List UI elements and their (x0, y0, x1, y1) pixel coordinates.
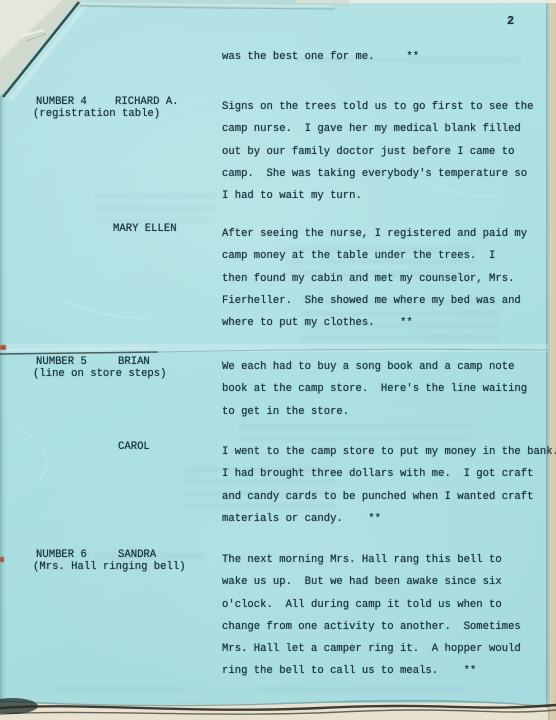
script-line: out by our family doctor just before I c… (222, 141, 534, 163)
stage-direction: (Mrs. Hall ringing bell) (33, 561, 186, 573)
showthrough-smudge (240, 425, 470, 439)
speaker-name: CAROL (118, 441, 150, 453)
showthrough-smudge (255, 688, 465, 699)
script-line: ring the bell to call us to meals. ** (222, 660, 521, 682)
dialog-text: The next morning Mrs. Hall rang this bel… (222, 549, 521, 683)
script-line: camp money at the table under the trees.… (222, 245, 527, 267)
edge-stain (0, 345, 6, 350)
script-line: was the best one for me. ** (222, 46, 419, 68)
dialog-text: After seeing the nurse, I registered and… (222, 223, 527, 334)
script-line: wake us up. But we had been awake since … (222, 571, 521, 593)
backing-page-edge (548, 0, 556, 720)
top-crease-shade (60, 0, 350, 7)
script-line: I had to wait my turn. (222, 185, 534, 207)
script-line: camp. She was taking everybody's tempera… (222, 163, 534, 185)
scene-number-label: NUMBER 4 (36, 96, 87, 108)
speaker-name: MARY ELLEN (113, 223, 177, 235)
script-line: materials or candy. ** (222, 508, 556, 530)
script-line: After seeing the nurse, I registered and… (222, 223, 527, 245)
speaker-name: RICHARD A. (115, 96, 179, 108)
showthrough-smudge (95, 195, 215, 221)
script-line: o'clock. All during camp it told us when… (222, 594, 521, 616)
script-line: I went to the camp store to put my money… (222, 441, 556, 463)
script-line: book at the camp store. Here's the line … (222, 378, 527, 400)
showthrough-smudge (55, 688, 185, 699)
stage-direction: (line on store steps) (33, 368, 167, 380)
script-line: where to put my clothes. ** (222, 312, 527, 334)
script-line: Signs on the trees told us to go first t… (222, 96, 534, 118)
script-line: then found my cabin and met my counselor… (222, 268, 527, 290)
continuation-line-wrap: was the best one for me. ** (222, 46, 419, 68)
script-line: camp nurse. I gave her my medical blank … (222, 118, 534, 140)
dialog-text: We each had to buy a song book and a cam… (222, 356, 527, 423)
script-line: Mrs. Hall let a camper ring it. A hopper… (222, 638, 521, 660)
script-line: The next morning Mrs. Hall rang this bel… (222, 549, 521, 571)
scanned-typewritten-script-page: 2 was the best one for me. ** NUMBER 4 (… (0, 0, 556, 720)
scene-number-label: NUMBER 5 (36, 356, 87, 368)
dialog-text: Signs on the trees told us to go first t… (222, 96, 534, 207)
speaker-name: SANDRA (118, 549, 156, 561)
edge-stain (0, 557, 4, 562)
script-line: Fierheller. She showed me where my bed w… (222, 290, 527, 312)
dialog-text: I went to the camp store to put my money… (222, 441, 556, 530)
script-line: I had brought three dollars with me. I g… (222, 463, 556, 485)
stage-direction: (registration table) (33, 108, 160, 120)
scene-number-label: NUMBER 6 (36, 549, 87, 561)
script-line: to get in the store. (222, 401, 527, 423)
page-number: 2 (507, 14, 514, 28)
speaker-name: BRIAN (118, 356, 150, 368)
script-line: and candy cards to be punched when I wan… (222, 486, 556, 508)
script-line: We each had to buy a song book and a cam… (222, 356, 527, 378)
sheet-edge-shadow (546, 0, 549, 703)
script-line: change from one activity to another. Som… (222, 616, 521, 638)
